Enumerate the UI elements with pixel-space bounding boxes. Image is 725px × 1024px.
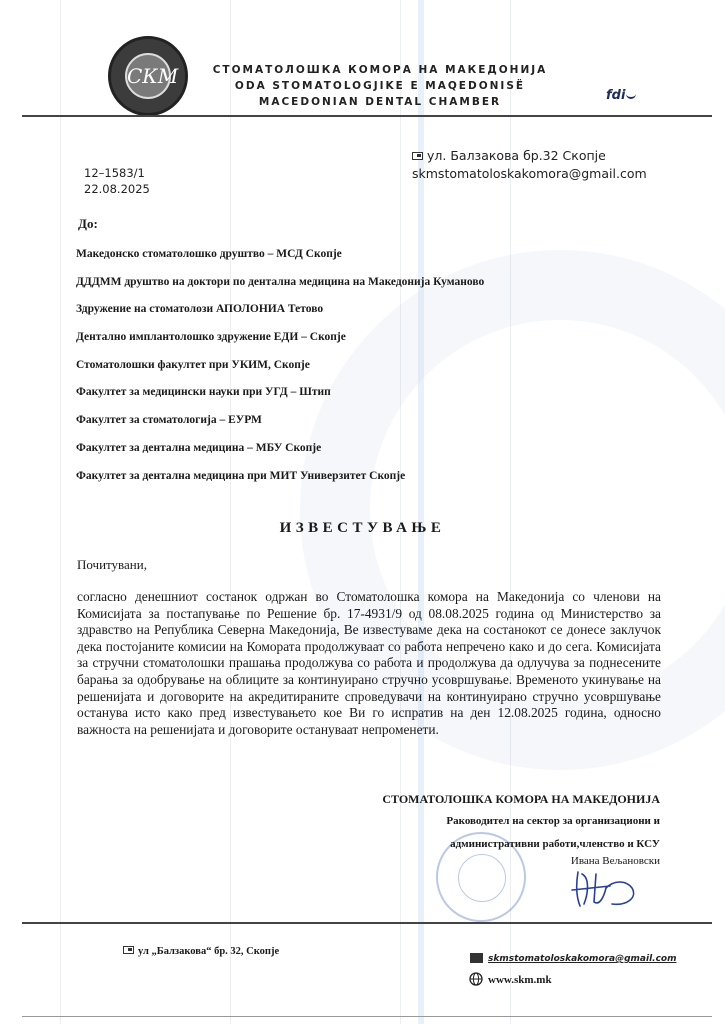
org-name-sq: ODA STOMATOLOGJIKE E MAQEDONISË	[200, 78, 560, 94]
scan-artifact	[230, 0, 231, 1024]
recipient-item: Дентално имплантолошко здружение ЕДИ – С…	[76, 331, 484, 359]
org-name-mk: СТОМАТОЛОШКА КОМОРА НА МАКЕДОНИЈА	[200, 62, 560, 78]
recipient-item: Факултет за стоматологија – ЕУРМ	[76, 414, 484, 442]
document-date: 22.08.2025	[84, 181, 150, 197]
signature-role-line1: Раководител на сектор за организациони и	[340, 815, 660, 827]
footer-divider	[22, 922, 712, 924]
letter-title: ИЗВЕСТУВАЊЕ	[0, 520, 725, 537]
contact-address: ул. Балзакова бр.32 Скопје	[427, 148, 606, 163]
recipient-item: ДДДММ друштво на доктори по дентална мед…	[76, 276, 484, 304]
fdi-smile-icon	[626, 91, 636, 99]
recipient-item: Македонско стоматолошко друштво – МСД Ск…	[76, 248, 484, 276]
mailbox-icon	[123, 946, 134, 954]
footer-website-link[interactable]: www.skm.mk	[488, 974, 552, 986]
recipients-label: До:	[78, 216, 98, 232]
recipient-item: Факултет за дентална медицина – МБУ Скоп…	[76, 442, 484, 470]
globe-icon	[469, 972, 483, 986]
chamber-logo: СКМ	[108, 36, 188, 116]
mailbox-icon	[412, 152, 423, 160]
letterhead: СТОМАТОЛОШКА КОМОРА НА МАКЕДОНИЈА ODA ST…	[200, 62, 560, 110]
footer-email-link[interactable]: skmstomatoloskakomora@gmail.com	[488, 954, 676, 964]
signature-organization: СТОМАТОЛОШКА КОМОРА НА МАКЕДОНИЈА	[340, 792, 660, 807]
footer-address-text: ул „Балзакова“ бр. 32, Скопје	[138, 946, 279, 957]
fdi-logo: fdi	[606, 88, 636, 103]
footer-address: ул „Балзакова“ бр. 32, Скопје	[123, 946, 279, 957]
scan-artifact	[60, 0, 61, 1024]
reference-number: 12–1583/1	[84, 165, 150, 181]
header-divider	[22, 115, 712, 117]
handwritten-signature	[570, 866, 650, 911]
recipient-item: Стоматолошки факултет при УКИМ, Скопје	[76, 359, 484, 387]
recipients-list: Македонско стоматолошко друштво – МСД Ск…	[76, 248, 484, 497]
recipient-item: Факултет за медицински науки при УГД – Ш…	[76, 386, 484, 414]
recipient-item: Здружение на стоматолози АПОЛОНИА Тетово	[76, 303, 484, 331]
signature-role-line2: административни работи,членство и КСУ	[340, 838, 660, 850]
recipient-item: Факултет за дентална медицина при МИТ Ун…	[76, 470, 484, 498]
page-bottom-rule	[22, 1016, 712, 1017]
fdi-logo-text: fdi	[606, 88, 625, 103]
letter-greeting: Почитувани,	[77, 557, 147, 573]
letter-body: согласно денешниот состанок одржан во Ст…	[77, 589, 661, 738]
org-name-en: MACEDONIAN DENTAL CHAMBER	[200, 94, 560, 110]
scan-artifact	[400, 0, 401, 1024]
document-reference: 12–1583/1 22.08.2025	[84, 165, 150, 197]
envelope-icon	[470, 953, 483, 963]
contact-email[interactable]: skmstomatoloskakomora@gmail.com	[412, 165, 647, 183]
logo-monogram: СКМ	[125, 53, 171, 99]
contact-block: ул. Балзакова бр.32 Скопје skmstomatolos…	[412, 147, 647, 183]
